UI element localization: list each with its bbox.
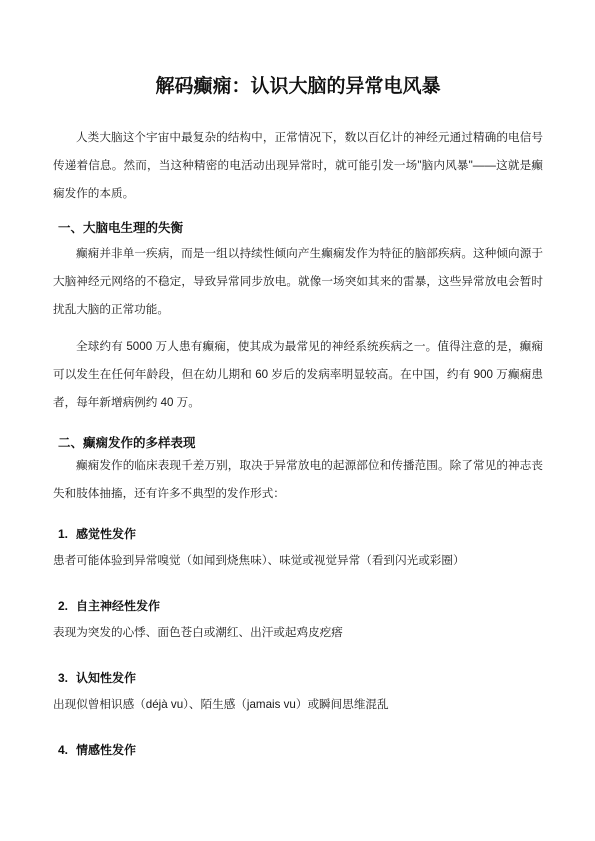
- list-item-1-title: 1.感觉性发作: [58, 525, 543, 543]
- list-item-4-title-text: 情感性发作: [76, 743, 136, 757]
- document-title: 解码癫痫：认识大脑的异常电风暴: [53, 74, 543, 100]
- list-item-3-description: 出现似曾相识感（déjà vu）、陌生感（jamais vu）或瞬间思维混乱: [53, 691, 543, 719]
- list-item: 4.情感性发作: [53, 741, 543, 759]
- section-1-paragraph-2: 全球约有 5000 万人患有癫痫，使其成为最常见的神经系统疾病之一。值得注意的是…: [53, 333, 543, 417]
- section-1-heading: 一、大脑电生理的失衡: [58, 219, 543, 237]
- section-1-paragraph-1: 癫痫并非单一疾病，而是一组以持续性倾向产生癫痫发作为特征的脑部疾病。这种倾向源于…: [53, 240, 543, 324]
- list-item-3-title-text: 认知性发作: [76, 671, 136, 685]
- list-item-3-title: 3.认知性发作: [58, 669, 543, 687]
- list-item-1-description: 患者可能体验到异常嗅觉（如闻到烧焦味）、味觉或视觉异常（看到闪光或彩圈）: [53, 547, 543, 575]
- document-page: 解码癫痫：认识大脑的异常电风暴 人类大脑这个宇宙中最复杂的结构中，正常情况下，数…: [0, 0, 595, 841]
- list-item-2-number: 2.: [58, 597, 68, 615]
- list-item-2-description: 表现为突发的心悸、面色苍白或潮红、出汗或起鸡皮疙瘩: [53, 619, 543, 647]
- list-item-2-title: 2.自主神经性发作: [58, 597, 543, 615]
- list-item-4-title: 4.情感性发作: [58, 741, 543, 759]
- list-item: 2.自主神经性发作 表现为突发的心悸、面色苍白或潮红、出汗或起鸡皮疙瘩: [53, 597, 543, 647]
- section-2-paragraph-1: 癫痫发作的临床表现千差万别，取决于异常放电的起源部位和传播范围。除了常见的神志丧…: [53, 452, 543, 508]
- section-2-heading: 二、癫痫发作的多样表现: [58, 434, 543, 452]
- list-item: 3.认知性发作 出现似曾相识感（déjà vu）、陌生感（jamais vu）或…: [53, 669, 543, 719]
- list-item-3-number: 3.: [58, 669, 68, 687]
- list-item-4-number: 4.: [58, 741, 68, 759]
- list-item-2-title-text: 自主神经性发作: [76, 599, 160, 613]
- list-item-1-number: 1.: [58, 525, 68, 543]
- intro-paragraph: 人类大脑这个宇宙中最复杂的结构中，正常情况下，数以百亿计的神经元通过精确的电信号…: [53, 124, 543, 208]
- list-item-1-title-text: 感觉性发作: [76, 527, 136, 541]
- list-item: 1.感觉性发作 患者可能体验到异常嗅觉（如闻到烧焦味）、味觉或视觉异常（看到闪光…: [53, 525, 543, 575]
